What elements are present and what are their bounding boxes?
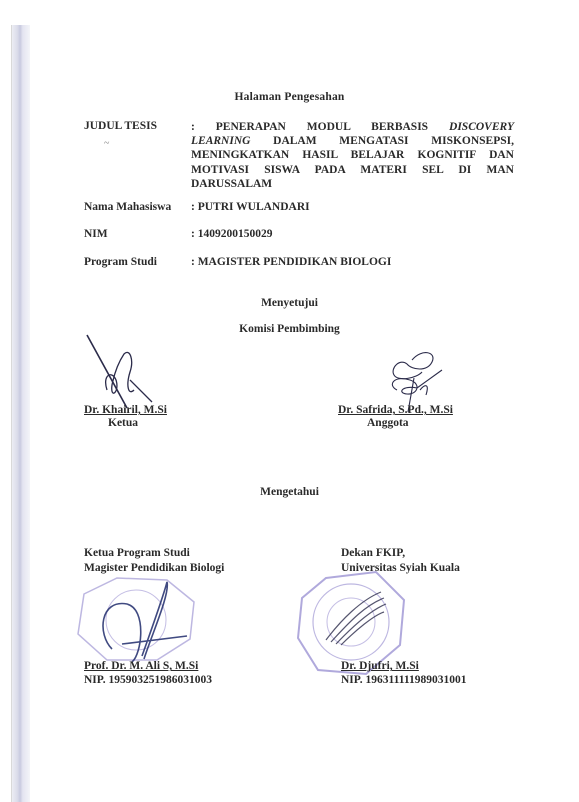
page-heading: Halaman Pengesahan bbox=[0, 91, 579, 103]
judul-value: : PENERAPAN MODUL BERBASIS DISCOVERY LEA… bbox=[191, 120, 514, 191]
advisor-2-role: Anggota bbox=[367, 417, 409, 429]
judul-line-4: MOTIVASI SISWA PADA MATERI SEL DI MAN bbox=[191, 163, 514, 177]
advisor-1-role: Ketua bbox=[108, 417, 138, 429]
judul-line-3: MENINGKATKAN HASIL BELAJAR KOGNITIF DAN bbox=[191, 148, 514, 162]
prodi-label: Program Studi bbox=[84, 256, 157, 268]
judul-label: JUDUL TESIS bbox=[84, 120, 157, 132]
judul-line-1: : PENERAPAN MODUL BERBASIS DISCOVERY bbox=[191, 120, 514, 134]
stamp-program-studi bbox=[72, 574, 202, 664]
stray-mark: ~ bbox=[104, 138, 109, 149]
nim-label: NIM bbox=[84, 228, 108, 240]
right-title-line-1: Dekan FKIP, bbox=[341, 547, 405, 559]
advisor-2-name: Dr. Safrida, S.Pd., M.Si bbox=[338, 404, 453, 416]
acknowledged-heading: Mengetahui bbox=[0, 486, 579, 498]
judul-line-2: LEARNING DALAM MENGATASI MISKONSEPSI, bbox=[191, 134, 514, 148]
signature-advisor-1 bbox=[82, 330, 162, 410]
judul-line-5: DARUSSALAM bbox=[191, 177, 514, 191]
nama-value: : PUTRI WULANDARI bbox=[191, 201, 310, 213]
nama-label: Nama Mahasiswa bbox=[84, 201, 171, 213]
left-name: Prof. Dr. M. Ali S, M.Si bbox=[84, 660, 198, 672]
nim-value: : 1409200150029 bbox=[191, 228, 272, 240]
scan-artifact-edge bbox=[11, 25, 12, 802]
left-title-line-2: Magister Pendidikan Biologi bbox=[84, 562, 224, 574]
left-title-line-1: Ketua Program Studi bbox=[84, 547, 190, 559]
right-nip: NIP. 196311111989031001 bbox=[341, 674, 466, 686]
right-name: Dr. Djufri, M.Si bbox=[341, 660, 419, 672]
left-nip: NIP. 195903251986031003 bbox=[84, 674, 212, 686]
approval-heading: Menyetujui bbox=[0, 297, 579, 309]
scan-artifact-strip bbox=[12, 25, 30, 802]
advisor-1-name: Dr. Khairil, M.Si bbox=[84, 404, 167, 416]
prodi-value: : MAGISTER PENDIDIKAN BIOLOGI bbox=[191, 256, 391, 268]
